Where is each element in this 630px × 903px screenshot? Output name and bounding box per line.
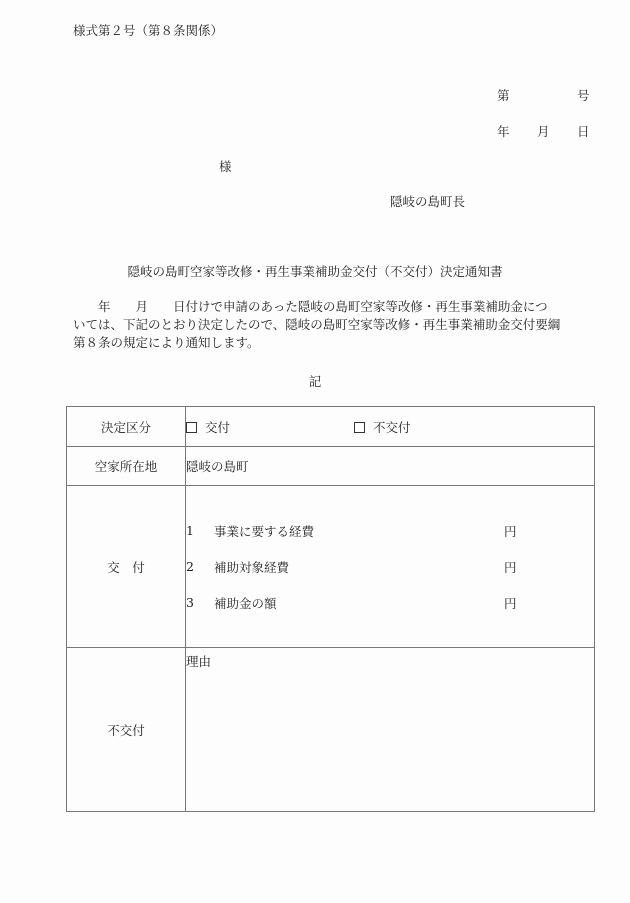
body-line-1: 年 月 日付けで申請のあった隠岐の島町空家等改修・再生事業補助金につ xyxy=(73,298,595,316)
decision-row: 決定区分 交付 不交付 xyxy=(67,407,595,447)
checkbox-icon[interactable] xyxy=(186,422,197,433)
decision-label: 決定区分 xyxy=(67,407,186,447)
document-title: 隠岐の島町空家等改修・再生事業補助金交付（不交付）決定通知書 xyxy=(0,262,630,280)
decision-options: 交付 不交付 xyxy=(186,407,595,447)
body-line-3: 第８条の規定により通知します。 xyxy=(73,334,595,352)
grant-item[interactable]: 1 事業に要する経費 円 xyxy=(186,513,594,549)
date-year: 年 xyxy=(497,122,510,140)
ki-heading: 記 xyxy=(0,372,630,390)
doc-number-suffix: 号 xyxy=(577,86,590,104)
checkbox-icon[interactable] xyxy=(354,422,365,433)
location-row: 空家所在地 隠岐の島町 xyxy=(67,447,595,486)
location-value[interactable]: 隠岐の島町 xyxy=(186,447,595,486)
grant-items: 1 事業に要する経費 円 2 補助対象経費 円 3 補助金の額 円 xyxy=(186,486,595,648)
grant-label: 交 付 xyxy=(67,486,186,648)
issuer: 隠岐の島町長 xyxy=(390,192,465,210)
doc-number-prefix: 第 xyxy=(497,86,510,104)
grant-row: 交 付 1 事業に要する経費 円 2 補助対象経費 円 3 補助金の額 円 xyxy=(67,486,595,648)
date-day: 日 xyxy=(577,122,590,140)
addressee: 様 xyxy=(219,157,232,175)
body-line-2: いては、下記のとおり決定したので、隠岐の島町空家等改修・再生事業補助金交付要綱 xyxy=(73,316,595,334)
option-grant[interactable]: 交付 xyxy=(186,418,230,436)
no-grant-label: 不交付 xyxy=(67,648,186,812)
grant-item[interactable]: 3 補助金の額 円 xyxy=(186,585,594,621)
option-no-grant[interactable]: 不交付 xyxy=(354,418,411,436)
reason-label: 理由 xyxy=(186,652,594,670)
no-grant-row: 不交付 理由 xyxy=(67,648,595,812)
form-number: 様式第２号（第８条関係） xyxy=(73,21,223,39)
body-text: 年 月 日付けで申請のあった隠岐の島町空家等改修・再生事業補助金につ いては、下… xyxy=(73,298,595,352)
grant-item[interactable]: 2 補助対象経費 円 xyxy=(186,549,594,585)
reason-field[interactable]: 理由 xyxy=(186,648,595,812)
location-label: 空家所在地 xyxy=(67,447,186,486)
decision-table: 決定区分 交付 不交付 空家所在地 隠岐の島町 交 付 1 事業に要する経費 円… xyxy=(66,406,595,812)
date-month: 月 xyxy=(537,122,550,140)
